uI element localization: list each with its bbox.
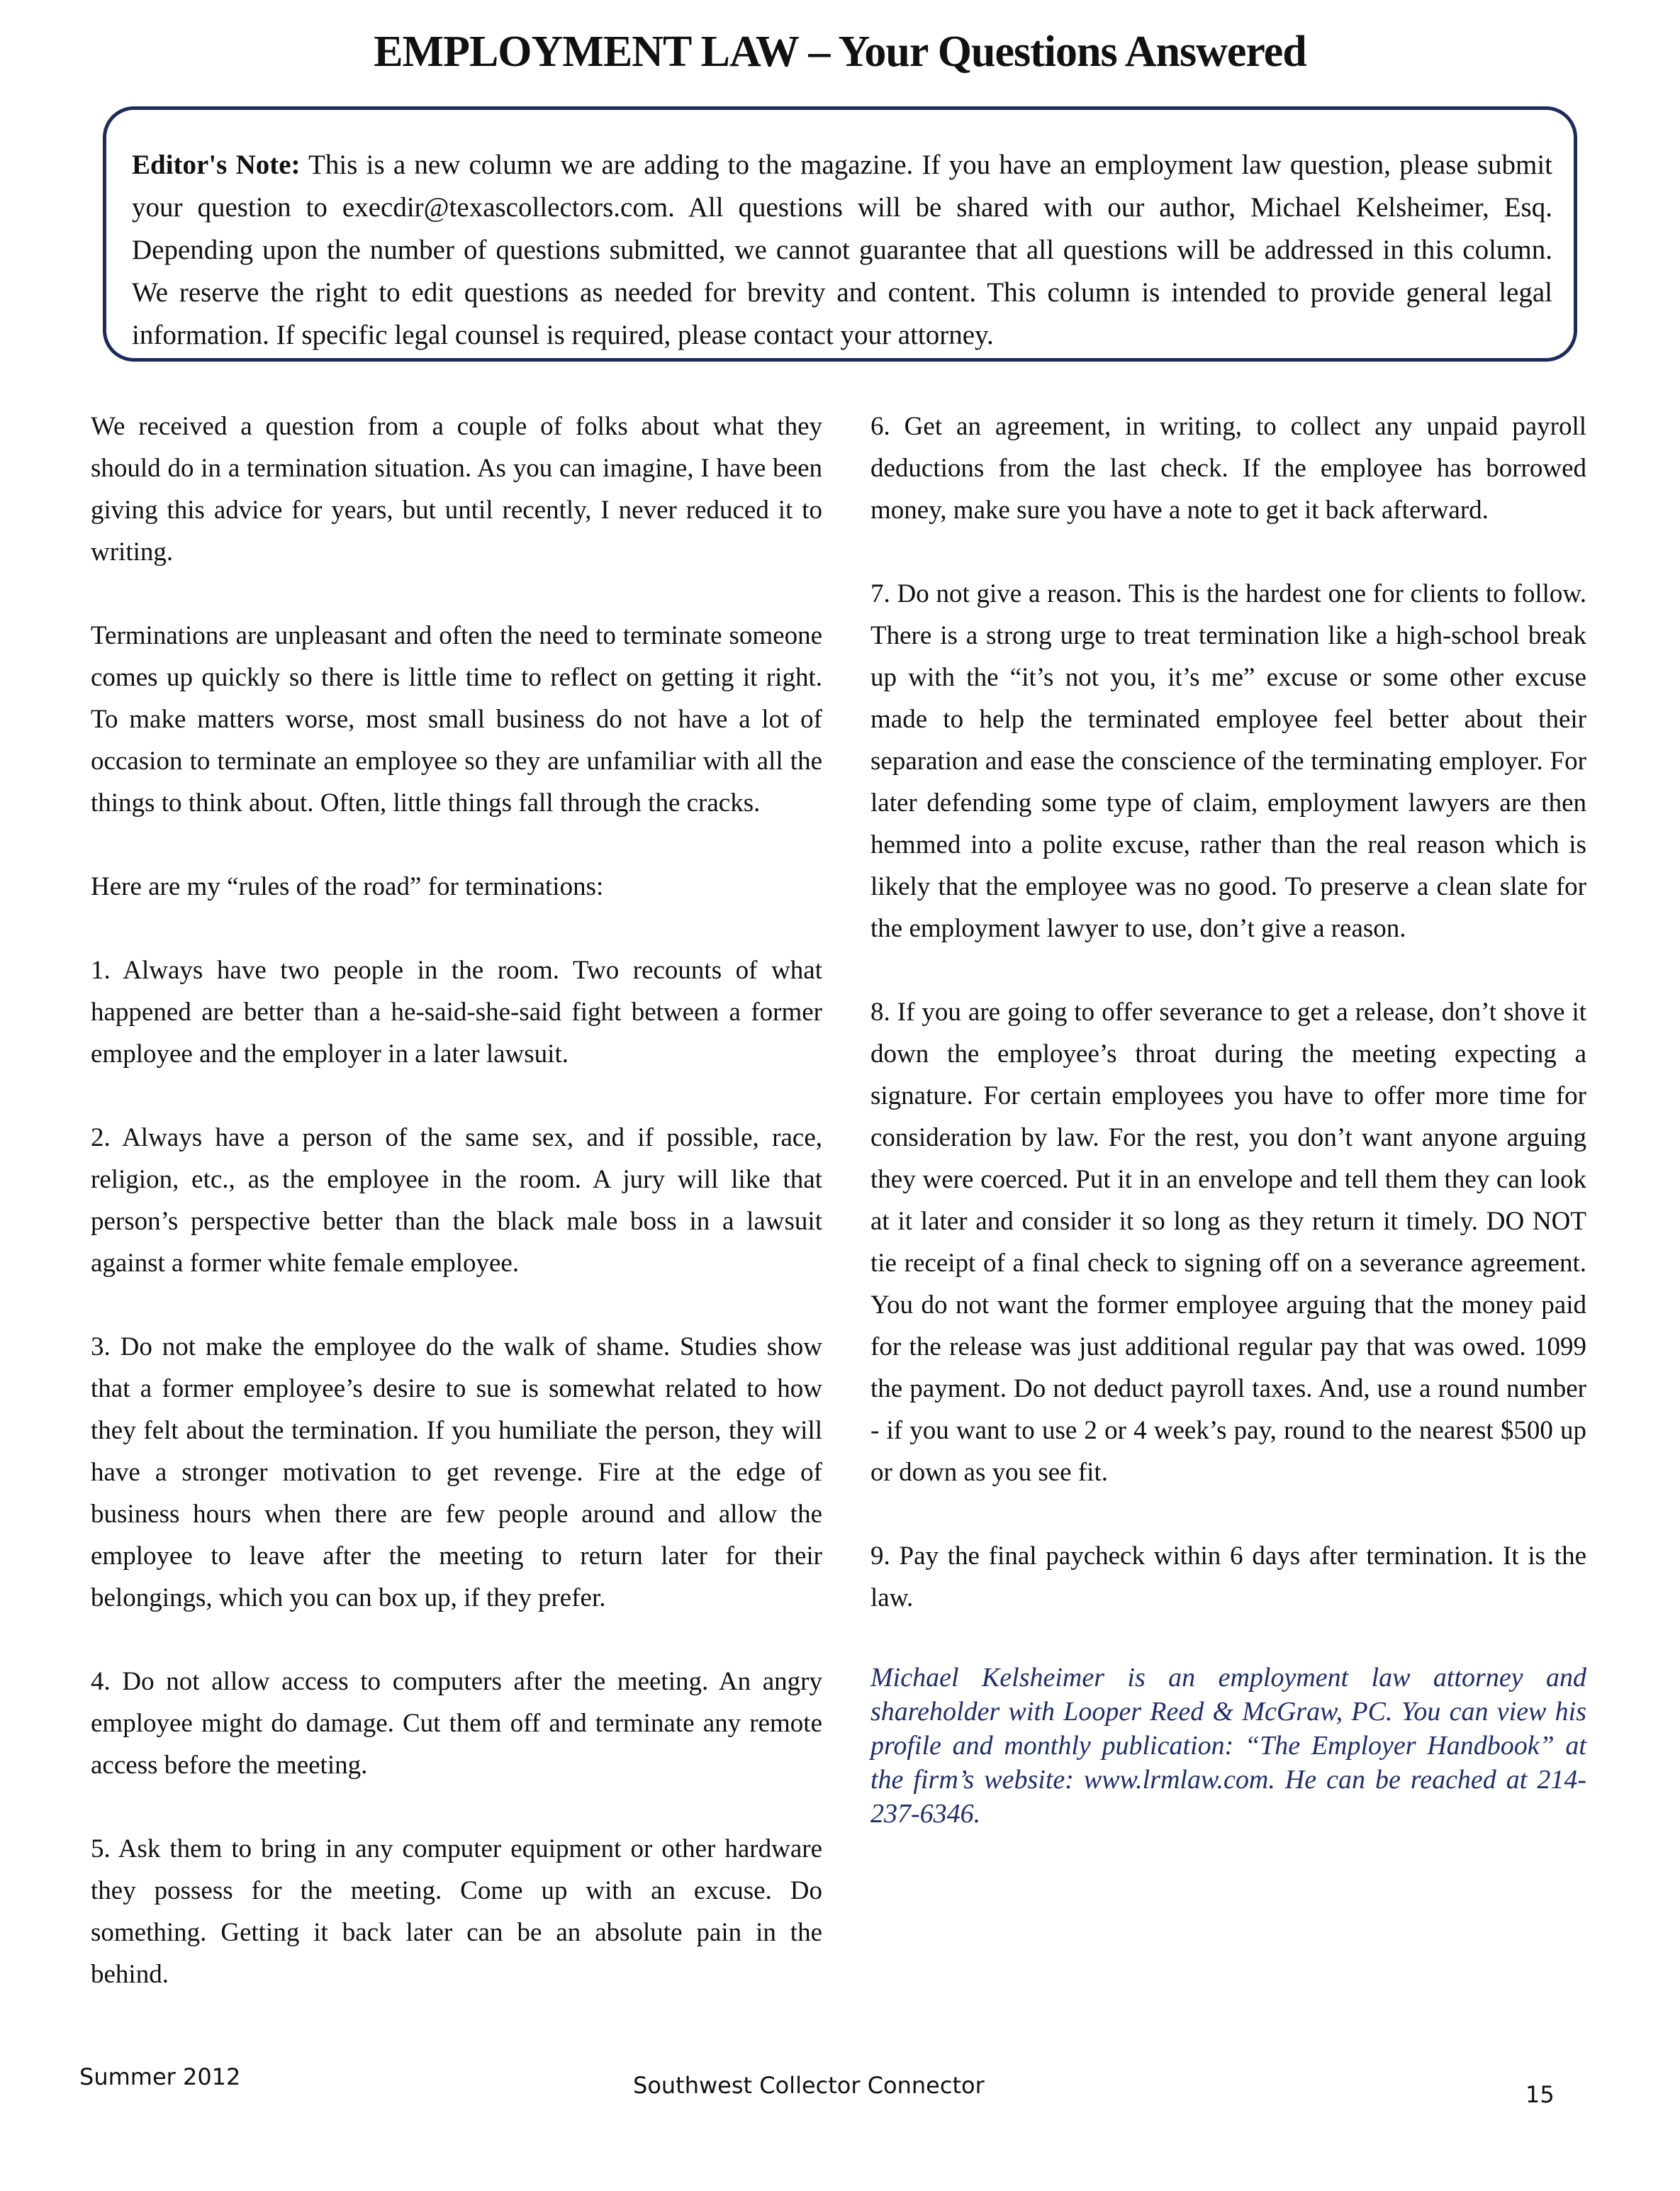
paragraph-terminations: Terminations are unpleasant and often th… [91,615,822,824]
editors-note-label: Editor's Note: [132,150,301,180]
author-bio: Michael Kelsheimer is an employment law … [870,1661,1586,1831]
rule-1: 1. Always have two people in the room. T… [91,949,822,1075]
paragraph-intro: We received a question from a couple of … [91,406,822,573]
page-title: EMPLOYMENT LAW – Your Questions Answered [0,27,1680,77]
rule-7: 7. Do not give a reason. This is the har… [870,573,1586,949]
paragraph-rules-heading: Here are my “rules of the road” for term… [91,866,822,908]
left-column: We received a question from a couple of … [91,406,822,2037]
right-column: 6. Get an agreement, in writing, to coll… [870,406,1586,1831]
rule-2: 2. Always have a person of the same sex,… [91,1117,822,1284]
rule-4: 4. Do not allow access to computers afte… [91,1661,822,1786]
rule-9: 9. Pay the final paycheck within 6 days … [870,1535,1586,1619]
footer-publication: Southwest Collector Connector [633,2072,985,2099]
rule-3: 3. Do not make the employee do the walk … [91,1326,822,1619]
page-number: 15 [1525,2081,1555,2108]
rule-6: 6. Get an agreement, in writing, to coll… [870,406,1586,531]
rule-5: 5. Ask them to bring in any computer equ… [91,1828,822,1995]
editors-note-box: Editor's Note: This is a new column we a… [103,106,1577,362]
rule-8: 8. If you are going to offer severance t… [870,991,1586,1493]
footer-issue: Summer 2012 [79,2063,240,2090]
editors-note-text: This is a new column we are adding to th… [132,150,1552,350]
